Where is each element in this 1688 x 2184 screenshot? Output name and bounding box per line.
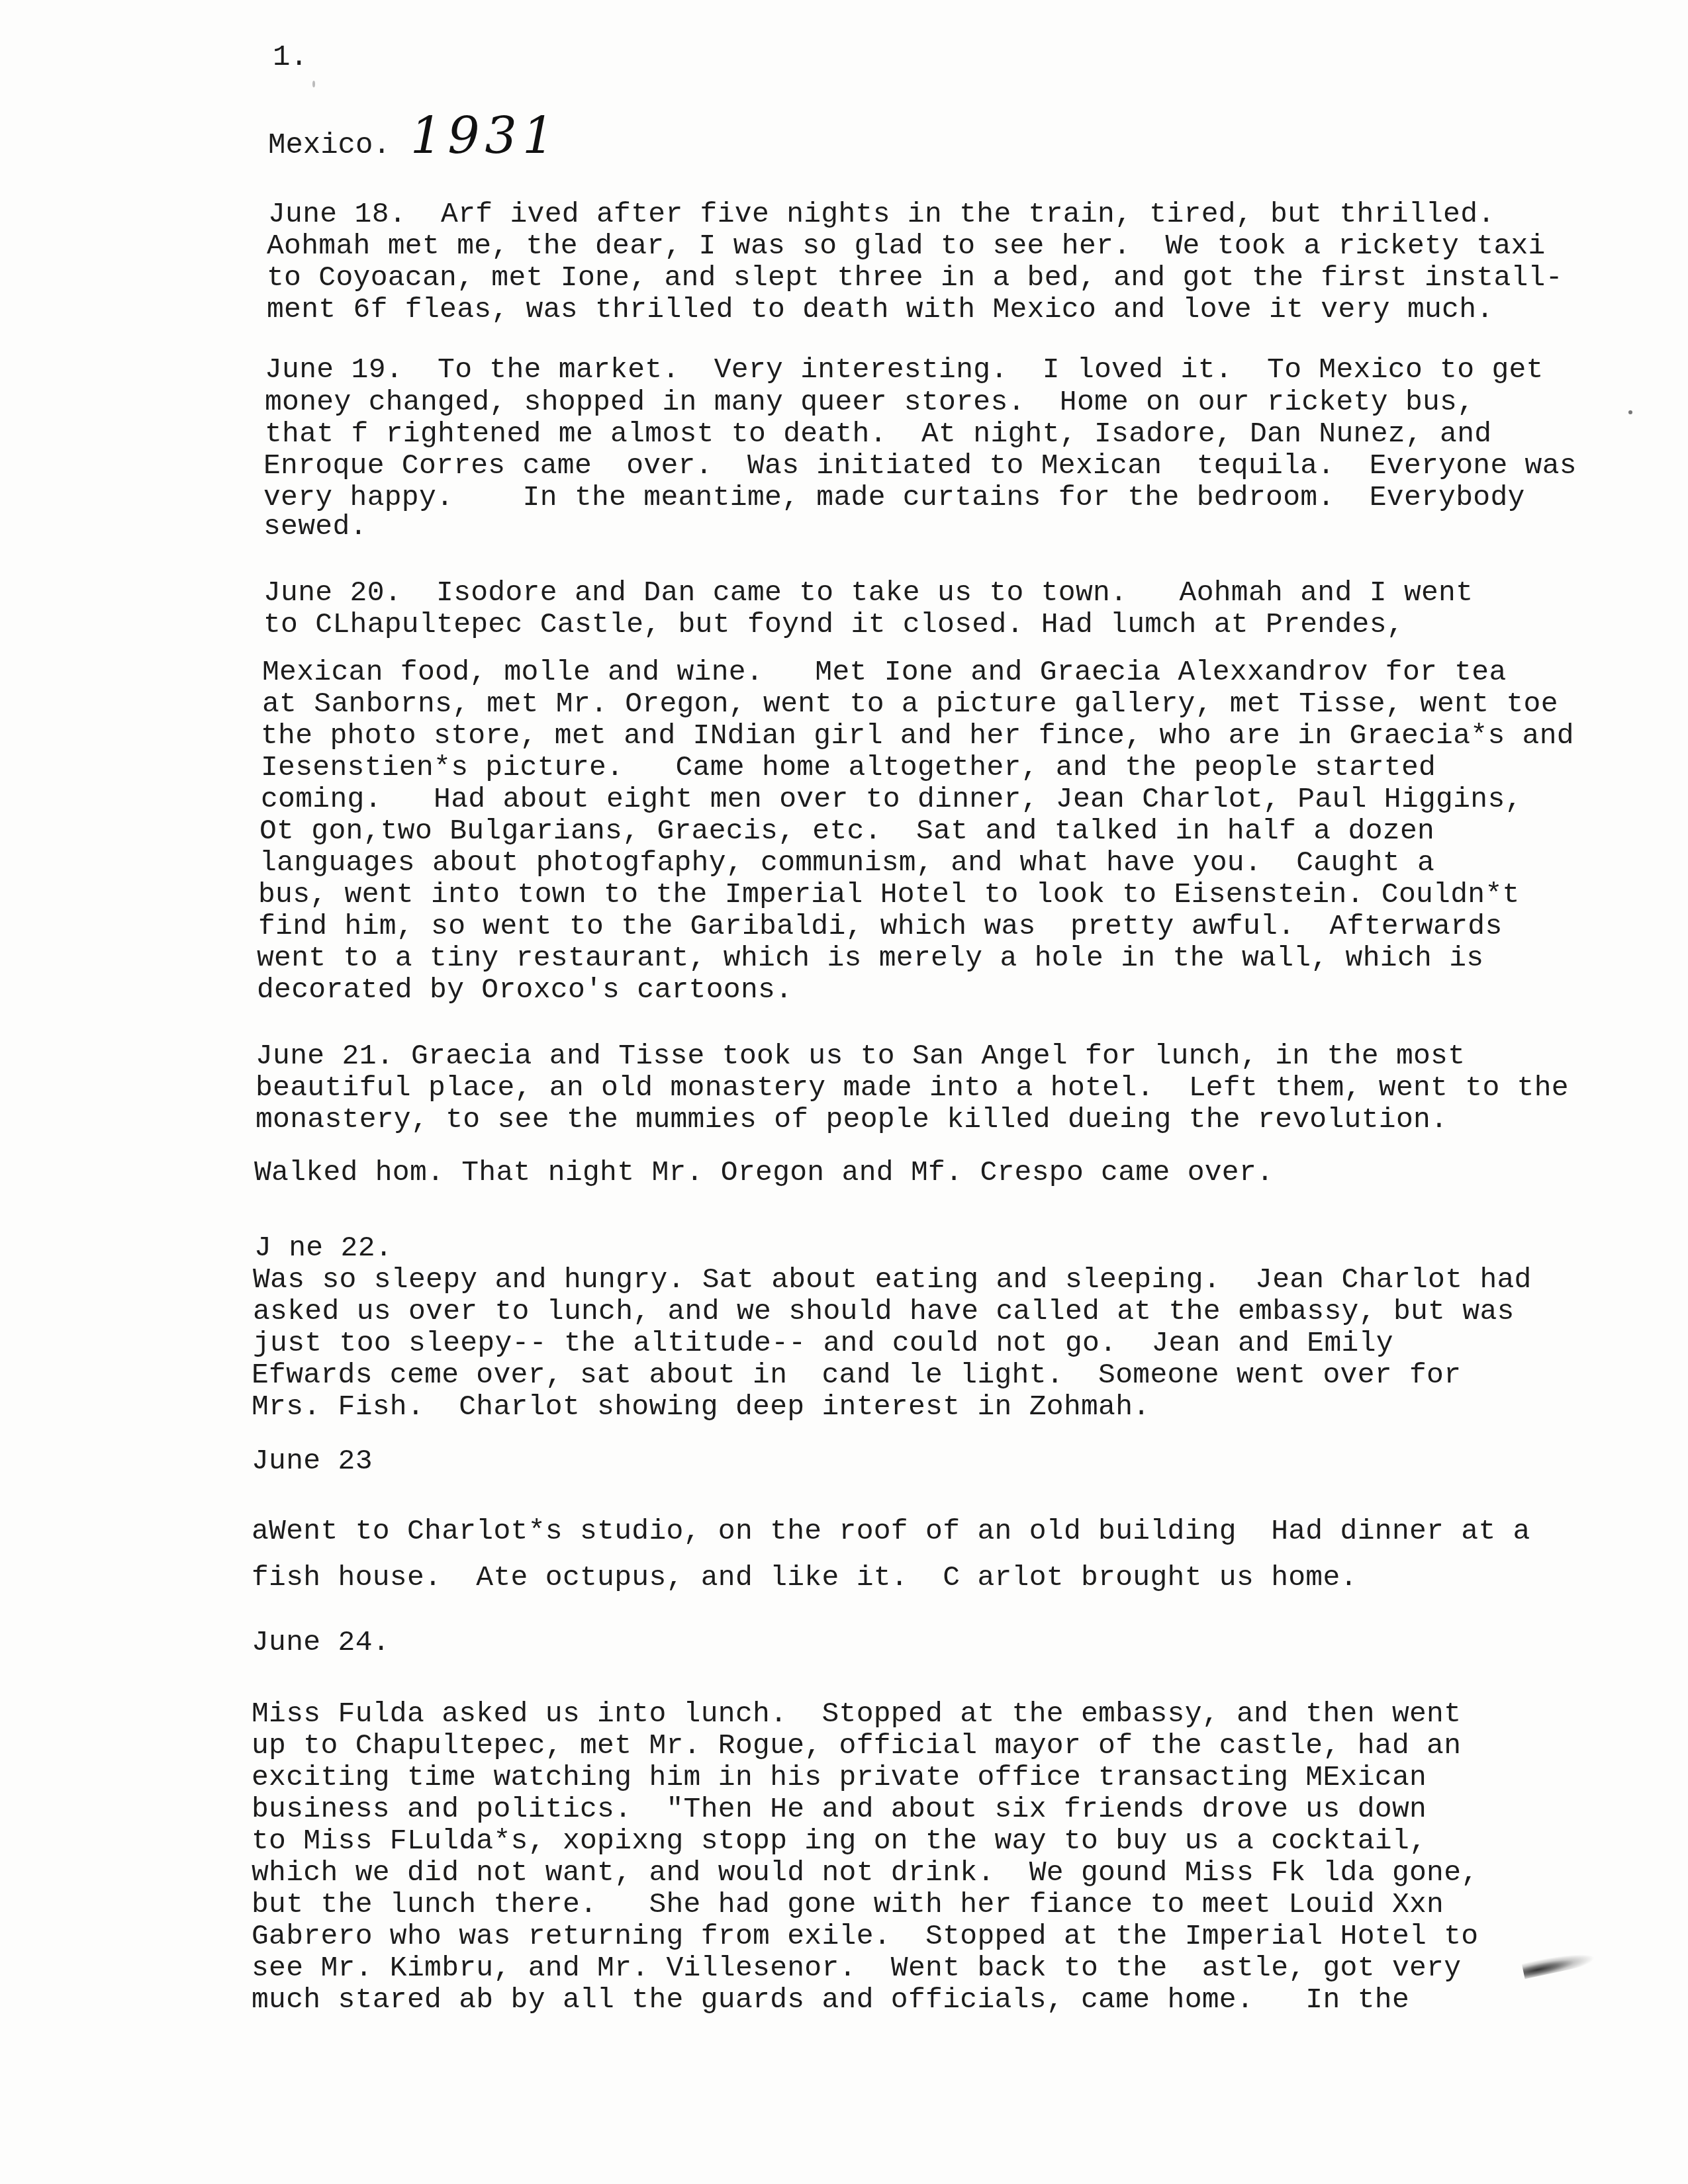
entry-line: went to a tiny restaurant, which is mere… [257, 942, 1483, 974]
ink-speck [312, 81, 315, 87]
entry-line: bus, went into town to the Imperial Hote… [258, 879, 1520, 911]
entry-line: very happy. In the meantime, made curtai… [263, 482, 1525, 514]
header-title: Mexico. [268, 129, 391, 162]
entry-line: much stared ab by all the guards and off… [252, 1984, 1409, 2016]
page-number: 1. [273, 41, 308, 74]
entry-line: Mrs. Fish. Charlot showing deep interest… [252, 1391, 1150, 1423]
entry-line: asked us over to lunch, and we should ha… [253, 1296, 1515, 1328]
entry-line: to Miss FLulda*s, xopixng stopp ing on t… [252, 1825, 1427, 1857]
entry-line: June 19. To the market. Very interesting… [265, 354, 1544, 386]
entry-line: Iesenstien*s picture. Came home altogeth… [261, 752, 1436, 784]
entry-line: coming. Had about eight men over to dinn… [261, 784, 1523, 815]
entry-line: at Sanborns, met Mr. Oregon, went to a p… [262, 688, 1558, 720]
entry-line: money changed, shopped in many queer sto… [265, 387, 1474, 418]
entry-line: Aohmah met me, the dear, I was so glad t… [267, 230, 1546, 262]
entry-line: just too sleepy-- the altitude-- and cou… [253, 1328, 1393, 1359]
entry-line: business and politics. "Then He and abou… [252, 1794, 1427, 1825]
entry-line: aWent to Charlot*s studio, on the roof o… [252, 1516, 1530, 1547]
entry-date: June 24. [252, 1627, 390, 1659]
entry-line: up to Chapultepec, met Mr. Rogue, offici… [252, 1730, 1461, 1762]
entry-line: to CLhapultepec Castle, but foynd it clo… [263, 609, 1404, 641]
handwritten-year: 1931 [410, 106, 559, 165]
entry-line: Enroque Corres came over. Was initiated … [263, 450, 1577, 482]
entry-line: Walked hom. That night Mr. Oregon and Mf… [254, 1157, 1274, 1189]
entry-line: see Mr. Kimbru, and Mr. Villesenor. Went… [252, 1952, 1461, 1984]
entry-line: monastery, to see the mummies of people … [256, 1104, 1448, 1136]
entry-date: June 23 [252, 1445, 373, 1477]
entry-date: J ne 22. [254, 1232, 393, 1264]
entry-line: fish house. Ate octupus, and like it. C … [252, 1562, 1358, 1594]
entry-line: the photo store, met and INdian girl and… [261, 720, 1574, 752]
entry-line: Efwards ceme over, sat about in cand le … [252, 1359, 1461, 1391]
entry-line: ment 6f fleas, was thrilled to death wit… [267, 294, 1493, 326]
entry-line: which we did not want, and would not dri… [252, 1857, 1478, 1889]
diary-header: Mexico. 1931 [268, 106, 559, 165]
entry-line: languages about photogfaphy, communism, … [259, 847, 1434, 879]
ink-speck [1628, 410, 1632, 414]
entry-line: Gabrero who was returning from exile. St… [252, 1921, 1478, 1952]
entry-line: June 18. Arf ived after five nights in t… [268, 199, 1495, 230]
entry-line: to Coyoacan, met Ione, and slept three i… [267, 262, 1563, 294]
entry-line: June 20. Isodore and Dan came to take us… [263, 577, 1473, 609]
entry-line: that f rightened me almost to death. At … [265, 418, 1491, 450]
entry-line: Ot gon,two Bulgarians, Graecis, etc. Sat… [259, 815, 1434, 847]
typewritten-diary-page: 1. Mexico. 1931 June 18. Arf ived after … [0, 0, 1688, 2184]
entry-line: Was so sleepy and hungry. Sat about eati… [253, 1264, 1532, 1296]
entry-line: decorated by Oroxco's cartoons. [257, 974, 792, 1006]
entry-line: find him, so went to the Garibaldi, whic… [258, 911, 1503, 942]
entry-line: Miss Fulda asked us into lunch. Stopped … [252, 1698, 1461, 1730]
entry-line: but the lunch there. She had gone with h… [252, 1889, 1444, 1921]
entry-line: sewed. [263, 511, 367, 543]
entry-line: Mexican food, molle and wine. Met Ione a… [262, 657, 1507, 688]
ink-smudge [1522, 1948, 1597, 1979]
entry-line: beautiful place, an old monastery made i… [256, 1072, 1569, 1104]
entry-line: exciting time watching him in his privat… [252, 1762, 1427, 1794]
entry-line: June 21. Graecia and Tisse took us to Sa… [256, 1040, 1465, 1072]
